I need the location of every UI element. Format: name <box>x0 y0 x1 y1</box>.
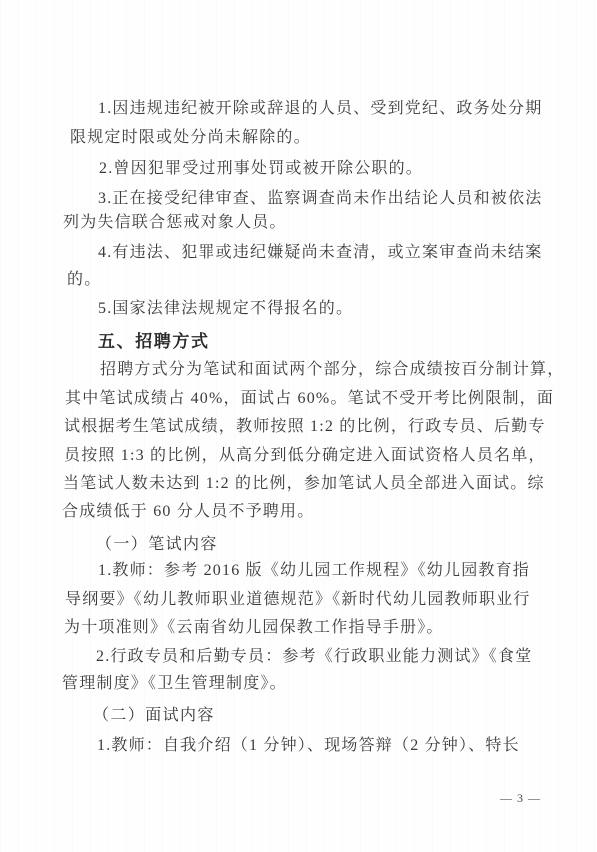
clause-5: 5.国家法律法规规定不得报名的。 <box>98 301 353 317</box>
clause-2: 2.曾因犯罪受过刑事处罚或被开除公职的。 <box>99 161 423 177</box>
clause-1-line-2: 限规定时限或处分尚未解除的。 <box>70 130 311 146</box>
clause-3-line-2: 列为失信联合惩戒对象人员。 <box>63 215 287 231</box>
page-number: — 3 — <box>500 791 541 806</box>
clause-3-line-1: 3.正在接受纪律审查、监察调查尚未作出结论人员和被依法 <box>98 191 542 207</box>
method-para-line-2: 其中笔试成绩占 40%，面试占 60%。笔试不受开考比例限制，面 <box>65 391 554 407</box>
clause-4-line-2: 的。 <box>67 272 101 288</box>
method-para-line-4: 员按照 1:3 的比例，从高分到低分确定进入面试资格人员名单， <box>64 448 546 464</box>
method-para-line-1: 招聘方式分为笔试和面试两个部分，综合成绩按百分制计算， <box>100 362 564 378</box>
method-para-line-5: 当笔试人数未达到 1:2 的比例，参加笔试人员全部进入面试。综 <box>63 476 545 492</box>
written-teacher-line-2: 导纲要》《幼儿教师职业道德规范》《新时代幼儿园教师职业行 <box>65 592 531 608</box>
document-page: 1.因违规违纪被开除或辞退的人员、受到党纪、政务处分期 限规定时限或处分尚未解除… <box>0 0 597 852</box>
clause-4-line-1: 4.有违法、犯罪或违纪嫌疑尚未查清，或立案审查尚未结案 <box>98 245 542 261</box>
section-heading-recruitment-method: 五、招聘方式 <box>98 333 210 350</box>
subsection-heading-interview: （二）面试内容 <box>93 708 215 724</box>
interview-teacher-line-1: 1.教师：自我介绍（1 分钟）、现场答辩（2 分钟）、特长 <box>97 738 520 754</box>
written-admin-line-2: 管理制度》《卫生管理制度》。 <box>62 676 287 692</box>
method-para-line-6: 合成绩低于 60 分人员不予聘用。 <box>62 504 314 520</box>
written-teacher-line-1: 1.教师：参考 2016 版《幼儿园工作规程》《幼儿园教育指 <box>98 563 530 579</box>
clause-1-line-1: 1.因违规违纪被开除或辞退的人员、受到党纪、政务处分期 <box>98 101 542 117</box>
method-para-line-3: 试根据考生笔试成绩，教师按照 1:2 的比例，行政专员、后勤专 <box>64 419 546 435</box>
written-teacher-line-3: 为十项准则》《云南省幼儿园保教工作指导手册》。 <box>64 620 444 636</box>
subsection-heading-written-test: （一）笔试内容 <box>96 537 218 553</box>
written-admin-line-1: 2.行政专员和后勤专员：参考《行政职业能力测试》《食堂 <box>96 649 532 665</box>
